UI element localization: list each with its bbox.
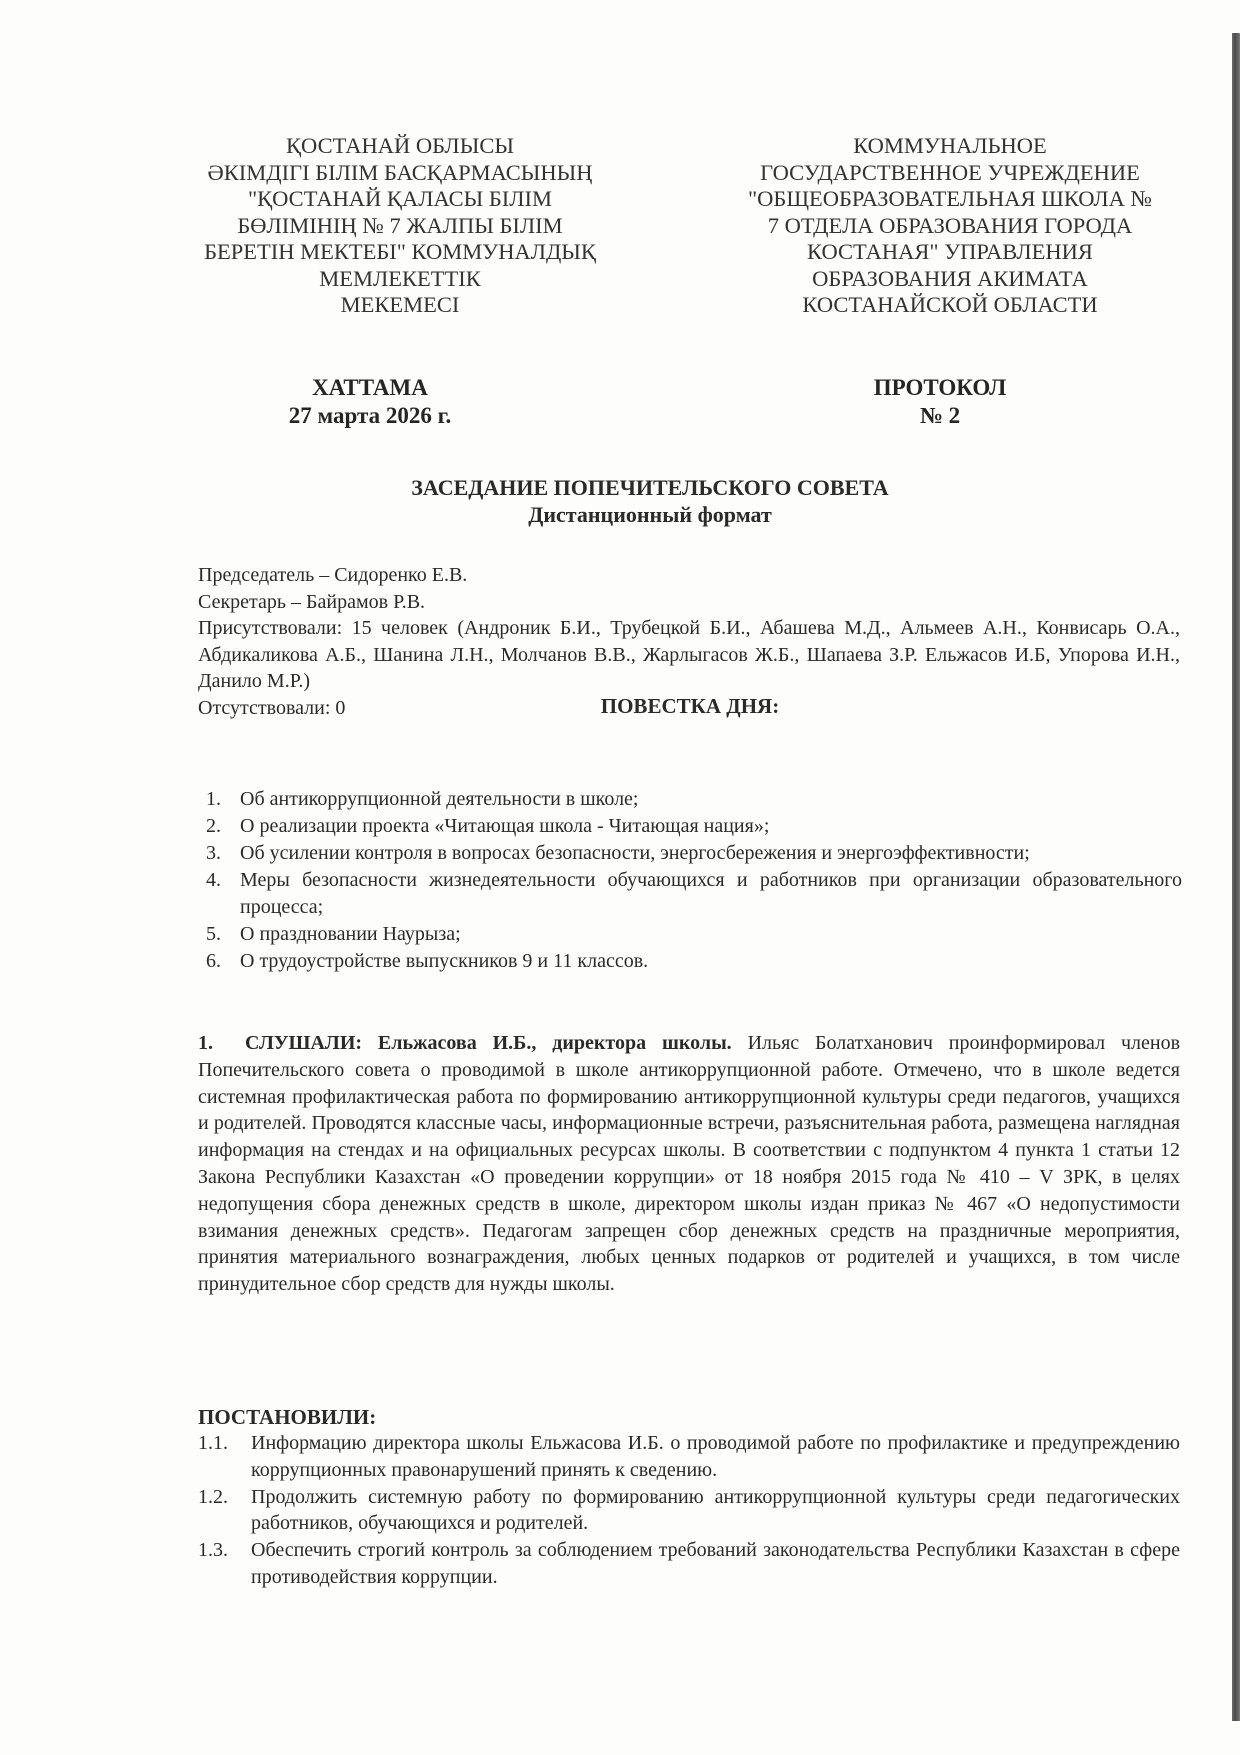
agenda-item: 6.О трудоустройстве выпускников 9 и 11 к… bbox=[206, 948, 1182, 975]
heard-label: СЛУШАЛИ: Ельжасова И.Б., директора школы… bbox=[245, 1032, 732, 1054]
scan-edge-shadow bbox=[1232, 33, 1240, 1721]
header-russian-organization: КОММУНАЛЬНОЕ ГОСУДАРСТВЕННОЕ УЧРЕЖДЕНИЕ … bbox=[700, 133, 1200, 319]
agenda-item: 1.Об антикоррупционной деятельности в шк… bbox=[206, 786, 1182, 813]
agenda-item-text: О реализации проекта «Читающая школа - Ч… bbox=[240, 815, 769, 837]
meeting-format: Дистанционный формат bbox=[250, 501, 1050, 528]
header-left-line: "ҚОСТАНАЙ ҚАЛАСЫ БІЛІМ bbox=[150, 186, 650, 213]
section-body: Ильяс Болатханович проинформировал члено… bbox=[198, 1032, 1180, 1295]
agenda-item: 4.Меры безопасности жизнедеятельности об… bbox=[206, 867, 1182, 921]
header-right-line: КОММУНАЛЬНОЕ bbox=[700, 133, 1200, 160]
header-kazakh-organization: ҚОСТАНАЙ ОБЛЫСЫ ӘКІМДІГІ БІЛІМ БАСҚАРМАС… bbox=[150, 133, 650, 319]
header-right-line: "ОБЩЕОБРАЗОВАТЕЛЬНАЯ ШКОЛА № bbox=[700, 186, 1200, 213]
header-left-line: МЕМЛЕКЕТТІК bbox=[150, 266, 650, 293]
agenda-item-text: Об антикоррупционной деятельности в школ… bbox=[240, 788, 639, 810]
agenda-item-text: Об усилении контроля в вопросах безопасн… bbox=[240, 842, 1030, 864]
doc-number: № 2 bbox=[820, 402, 1060, 430]
header-right-line: 7 ОТДЕЛА ОБРАЗОВАНИЯ ГОРОДА bbox=[700, 213, 1200, 240]
agenda-item-number: 5. bbox=[206, 921, 221, 948]
chairperson: Председатель – Сидоренко Е.В. bbox=[198, 562, 1180, 589]
resolved-item-number: 1.3. bbox=[198, 1537, 228, 1564]
section-1-heard: 1.СЛУШАЛИ: Ельжасова И.Б., директора шко… bbox=[198, 1030, 1180, 1298]
agenda-item-number: 1. bbox=[206, 786, 221, 813]
agenda-item-number: 3. bbox=[206, 840, 221, 867]
agenda-item-number: 6. bbox=[206, 948, 221, 975]
header-right-line: ОБРАЗОВАНИЯ АКИМАТА bbox=[700, 266, 1200, 293]
resolved-item-text: Информацию директора школы Ельжасова И.Б… bbox=[251, 1432, 1180, 1481]
meeting-title: ЗАСЕДАНИЕ ПОПЕЧИТЕЛЬСКОГО СОВЕТА bbox=[250, 474, 1050, 501]
doc-date: 27 марта 2026 г. bbox=[250, 402, 490, 430]
agenda-item: 2.О реализации проекта «Читающая школа -… bbox=[206, 813, 1182, 840]
section-number: 1. bbox=[198, 1032, 213, 1054]
resolved-item-text: Продолжить системную работу по формирова… bbox=[251, 1486, 1180, 1535]
resolved-item-text: Обеспечить строгий контроль за соблюдени… bbox=[251, 1539, 1180, 1588]
agenda-item-text: О трудоустройстве выпускников 9 и 11 кла… bbox=[240, 950, 648, 972]
resolved-item-number: 1.2. bbox=[198, 1484, 228, 1511]
agenda-item: 5.О праздновании Наурыза; bbox=[206, 921, 1182, 948]
agenda-item-text: Меры безопасности жизнедеятельности обуч… bbox=[240, 869, 1182, 918]
agenda-list: 1.Об антикоррупционной деятельности в шк… bbox=[206, 786, 1182, 975]
secretary: Секретарь – Байрамов Р.В. bbox=[198, 589, 1180, 616]
doc-title-ru: ПРОТОКОЛ bbox=[820, 374, 1060, 402]
agenda-item: 3.Об усилении контроля в вопросах безопа… bbox=[206, 840, 1182, 867]
agenda-item-number: 2. bbox=[206, 813, 221, 840]
resolved-title: ПОСТАНОВИЛИ: bbox=[198, 1405, 376, 1430]
doc-title-kz: ХАТТАМА bbox=[250, 374, 490, 402]
agenda-title: ПОВЕСТКА ДНЯ: bbox=[200, 694, 1180, 719]
header-right-line: КОСТАНАЙСКОЙ ОБЛАСТИ bbox=[700, 292, 1200, 319]
header-left-line: ҚОСТАНАЙ ОБЛЫСЫ bbox=[150, 133, 650, 160]
header-left-line: БЕРЕТІН МЕКТЕБІ" КОММУНАЛДЫҚ bbox=[150, 239, 650, 266]
present-list: Присутствовали: 15 человек (Андроник Б.И… bbox=[198, 615, 1180, 695]
header-right-line: КОСТАНАЯ" УПРАВЛЕНИЯ bbox=[700, 239, 1200, 266]
header-right-line: ГОСУДАРСТВЕННОЕ УЧРЕЖДЕНИЕ bbox=[700, 160, 1200, 187]
header-left-line: ӘКІМДІГІ БІЛІМ БАСҚАРМАСЫНЫҢ bbox=[150, 160, 650, 187]
resolved-item: 1.2.Продолжить системную работу по форми… bbox=[198, 1484, 1180, 1538]
doc-title-ru-block: ПРОТОКОЛ № 2 bbox=[820, 374, 1060, 430]
agenda-item-text: О праздновании Наурыза; bbox=[240, 923, 461, 945]
doc-title-kz-block: ХАТТАМА 27 марта 2026 г. bbox=[250, 374, 490, 430]
header-left-line: БӨЛІМІНІҢ № 7 ЖАЛПЫ БІЛІМ bbox=[150, 213, 650, 240]
meeting-heading: ЗАСЕДАНИЕ ПОПЕЧИТЕЛЬСКОГО СОВЕТА Дистанц… bbox=[250, 474, 1050, 528]
resolved-item: 1.1.Информацию директора школы Ельжасова… bbox=[198, 1430, 1180, 1484]
resolved-item: 1.3.Обеспечить строгий контроль за соблю… bbox=[198, 1537, 1180, 1591]
resolved-list: 1.1.Информацию директора школы Ельжасова… bbox=[198, 1430, 1180, 1591]
resolved-item-number: 1.1. bbox=[198, 1430, 228, 1457]
agenda-item-number: 4. bbox=[206, 867, 221, 894]
header-left-line: МЕКЕМЕСІ bbox=[150, 292, 650, 319]
